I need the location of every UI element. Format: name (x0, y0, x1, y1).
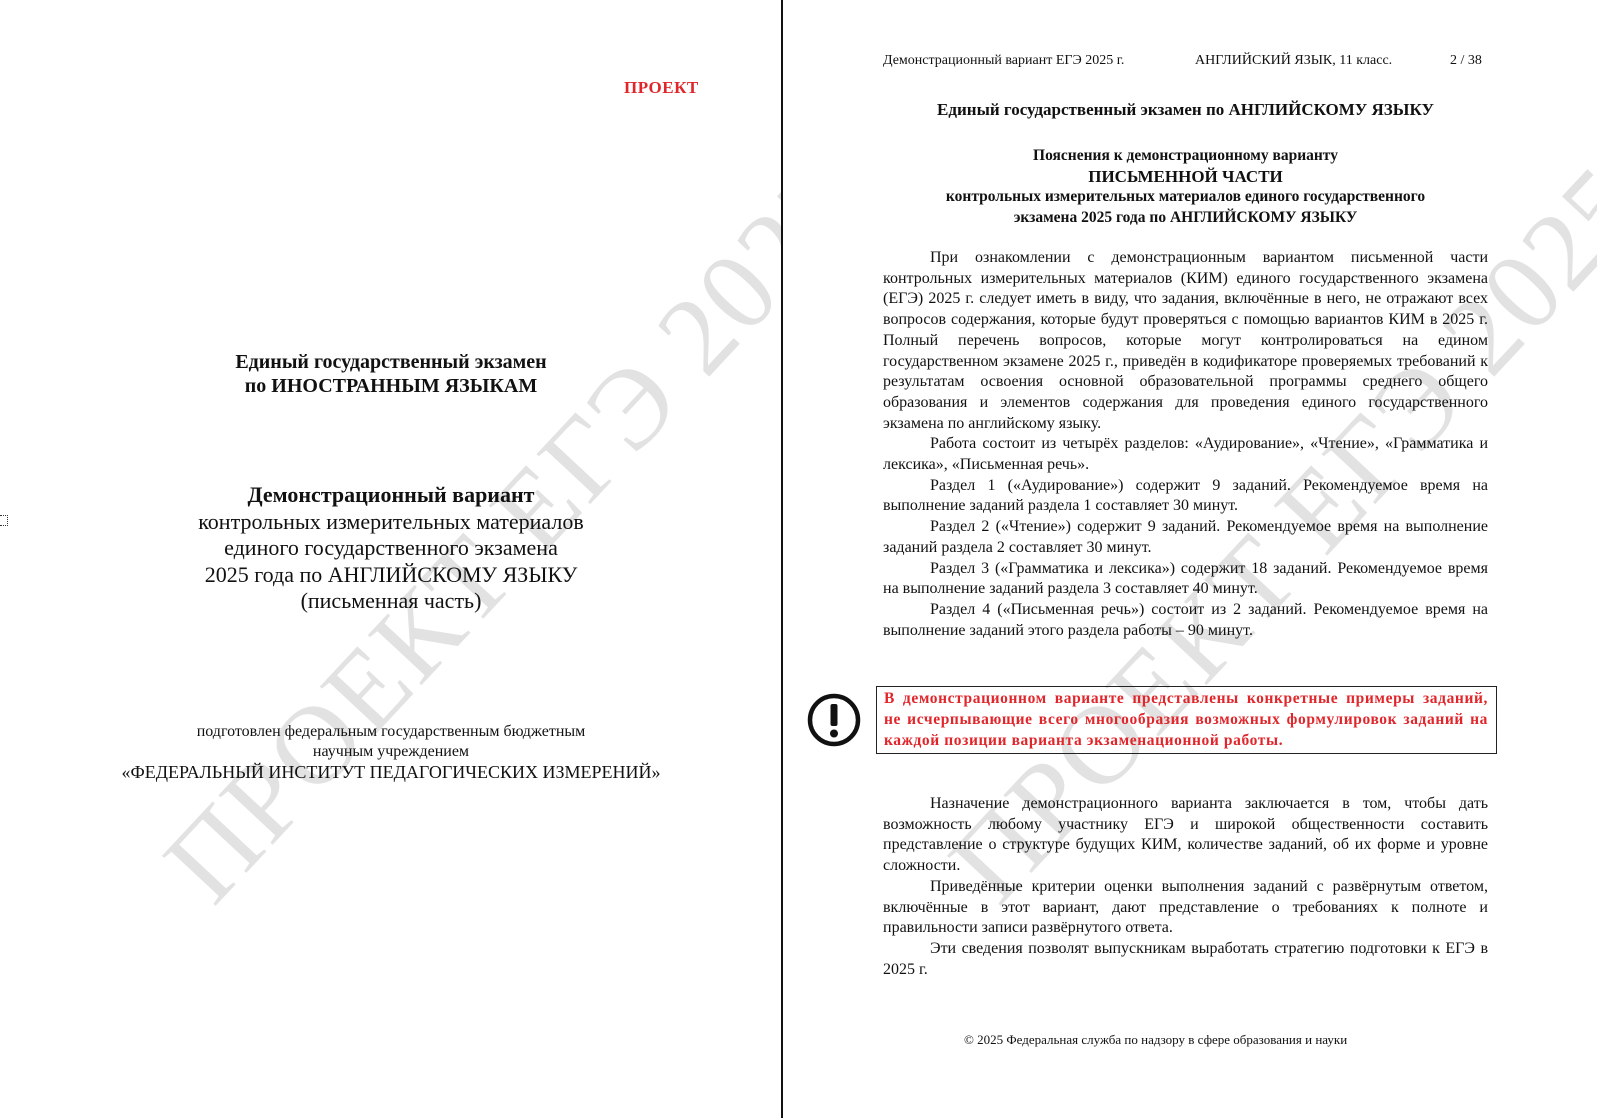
notice-box: В демонстрационном варианте представлены… (876, 686, 1497, 754)
cover-page: ПРОЕКТ ЕГЭ 2025 ПРОЕКТ Единый государств… (0, 0, 782, 1118)
org-name: «ФЕДЕРАЛЬНЫЙ ИНСТИТУТ ПЕДАГОГИЧЕСКИХ ИЗМ… (0, 762, 782, 782)
cover-subtitle-line: 2025 года по АНГЛИЙСКОМУ ЯЗЫКУ (0, 562, 782, 589)
paragraph: Работа состоит из четырёх разделов: «Ауд… (883, 434, 1488, 475)
explanation-page: ПРОЕКТ ЕГЭ 2025 Демонстрационный вариант… (784, 0, 1597, 1118)
cover-subtitle: Демонстрационный вариант контрольных изм… (0, 482, 782, 615)
page-divider (781, 0, 783, 1118)
explanation-heading-line: Пояснения к демонстрационному варианту (883, 146, 1488, 167)
explanation-heading-line: экзамена 2025 года по АНГЛИЙСКОМУ ЯЗЫКУ (883, 208, 1488, 229)
draft-stamp: ПРОЕКТ (624, 78, 699, 98)
cover-organization: подготовлен федеральным государственным … (0, 722, 782, 782)
cover-subtitle-bold: Демонстрационный вариант (0, 482, 782, 509)
page-title: Единый государственный экзамен по АНГЛИЙ… (883, 100, 1488, 120)
paragraph: Раздел 1 («Аудирование») содержит 9 зада… (883, 476, 1488, 517)
cover-subtitle-line: (письменная часть) (0, 588, 782, 615)
paragraph: Раздел 4 («Письменная речь») состоит из … (883, 600, 1488, 641)
paragraph: При ознакомлении с демонстрационным вари… (883, 248, 1488, 434)
org-line: подготовлен федеральным государственным … (0, 722, 782, 742)
paragraph: Раздел 2 («Чтение») содержит 9 заданий. … (883, 517, 1488, 558)
header-doc-title: Демонстрационный вариант ЕГЭ 2025 г. (883, 53, 1124, 69)
explanation-heading-line: контрольных измерительных материалов еди… (883, 187, 1488, 208)
paragraph: Эти сведения позволят выпускникам вырабо… (883, 939, 1488, 980)
cover-title-line: по ИНОСТРАННЫМ ЯЗЫКАМ (0, 374, 782, 398)
page-number: 2 / 38 (1450, 53, 1482, 69)
cover-title: Единый государственный экзамен по ИНОСТР… (0, 350, 782, 398)
cover-subtitle-line: единого государственного экзамена (0, 535, 782, 562)
paragraph: Раздел 3 («Грамматика и лексика») содерж… (883, 559, 1488, 600)
explanation-heading: Пояснения к демонстрационному варианту П… (883, 146, 1488, 228)
explanation-heading-line: ПИСЬМЕННОЙ ЧАСТИ (883, 167, 1488, 188)
paragraph: Назначение демонстрационного варианта за… (883, 794, 1488, 877)
cover-subtitle-line: контрольных измерительных материалов (0, 509, 782, 536)
exclamation-circle-icon (806, 692, 862, 748)
paragraph: Приведённые критерии оценки выполнения з… (883, 877, 1488, 939)
purpose-text: Назначение демонстрационного варианта за… (883, 794, 1488, 980)
copyright-text: © 2025 Федеральная служба по надзору в с… (964, 1032, 1347, 1048)
org-line: научным учреждением (0, 742, 782, 762)
intro-text: При ознакомлении с демонстрационным вари… (883, 248, 1488, 641)
header-subject: АНГЛИЙСКИЙ ЯЗЫК, 11 класс. (1195, 53, 1392, 69)
cover-title-line: Единый государственный экзамен (0, 350, 782, 374)
